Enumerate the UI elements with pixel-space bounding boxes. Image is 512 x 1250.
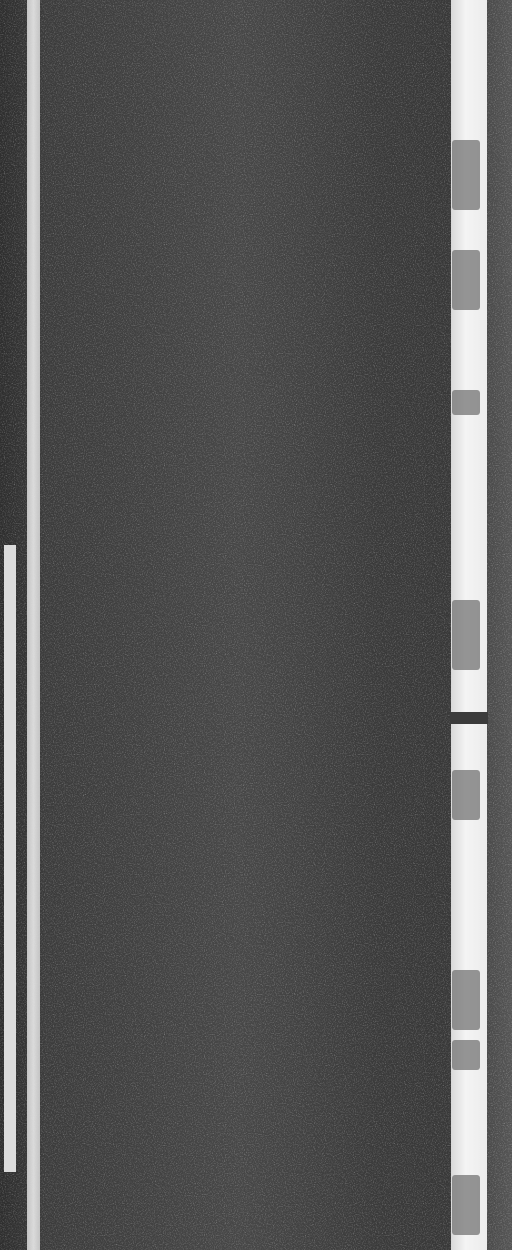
wear-patch — [452, 140, 480, 210]
left-edge-line — [27, 0, 40, 1250]
left-outer-marking — [4, 545, 16, 1172]
wear-patch — [452, 970, 480, 1030]
road-surface — [0, 0, 512, 1250]
wear-patch — [452, 1175, 480, 1235]
wear-patch — [452, 1040, 480, 1070]
asphalt-texture — [0, 0, 512, 1250]
line-crack — [450, 712, 488, 724]
wear-patch — [452, 250, 480, 310]
wear-patch — [452, 770, 480, 820]
wear-patch — [452, 600, 480, 670]
wear-patch — [452, 390, 480, 415]
